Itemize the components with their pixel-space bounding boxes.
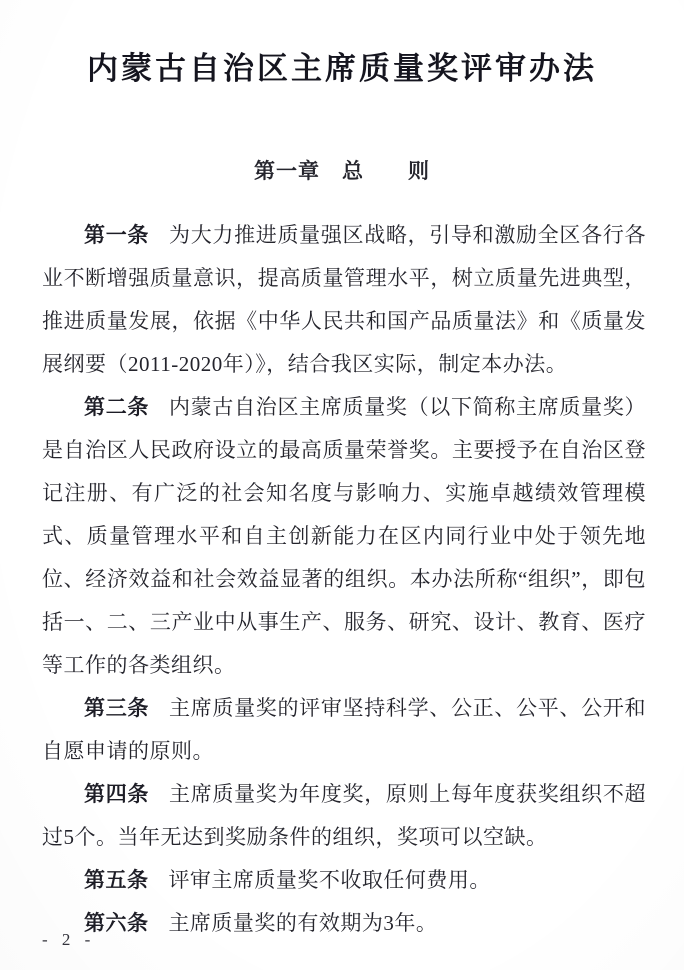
article-3-label: 第三条 [84, 697, 149, 720]
article-2-text: 内蒙古自治区主席质量奖（以下简称主席质量奖）是自治区人民政府设立的最高质量荣誉奖… [42, 395, 646, 677]
article-1-label: 第一条 [84, 224, 149, 247]
document-title: 内蒙古自治区主席质量奖评审办法 [0, 0, 684, 90]
article-4-label: 第四条 [84, 783, 149, 806]
article-5: 第五条评审主席质量奖不收取任何费用。 [42, 859, 646, 902]
chapter-heading: 第一章 总 则 [0, 156, 684, 188]
document-body: 第一条为大力推进质量强区战略，引导和激励全区各行各业不断增强质量意识，提高质量管… [42, 214, 646, 945]
article-3: 第三条主席质量奖的评审坚持科学、公正、公平、公开和自愿申请的原则。 [42, 687, 646, 773]
scanned-document-page: 内蒙古自治区主席质量奖评审办法 第一章 总 则 第一条为大力推进质量强区战略，引… [0, 0, 684, 970]
article-2: 第二条内蒙古自治区主席质量奖（以下简称主席质量奖）是自治区人民政府设立的最高质量… [42, 386, 646, 687]
article-6: 第六条主席质量奖的有效期为3年。 [42, 902, 646, 945]
page-number: - 2 - [42, 930, 95, 950]
article-6-text: 主席质量奖的有效期为3年。 [168, 911, 437, 935]
article-5-label: 第五条 [84, 869, 149, 892]
article-2-label: 第二条 [84, 396, 149, 419]
article-5-text: 评审主席质量奖不收取任何费用。 [168, 868, 491, 892]
article-1: 第一条为大力推进质量强区战略，引导和激励全区各行各业不断增强质量意识，提高质量管… [42, 214, 646, 386]
article-4: 第四条主席质量奖为年度奖，原则上每年度获奖组织不超过5个。当年无达到奖励条件的组… [42, 773, 646, 859]
